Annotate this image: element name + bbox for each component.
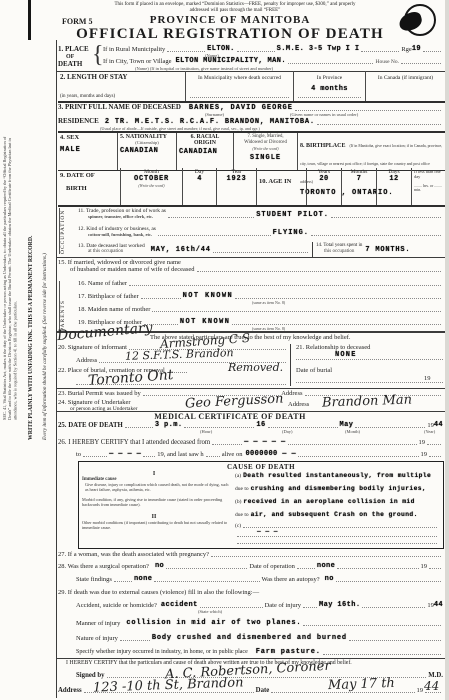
dotted-leader (197, 270, 441, 272)
birth-year-cell: Year 1923 (216, 168, 256, 205)
dotted-leader (337, 567, 418, 569)
full-name-row: 3. PRINT FULL NAME OF DECEASED BARNES, D… (58, 104, 443, 112)
birthplace-label: 8. BIRTHPLACE (300, 143, 345, 149)
birth-day-cell: Day 4 (182, 168, 216, 205)
trade-row: 11. Trade, profession or kind of work as… (78, 208, 443, 219)
day-caption: (Day) (282, 429, 293, 434)
cause-strike: — — — (257, 528, 278, 535)
days-value: 12 (379, 175, 409, 183)
age-in-label: 10. AGE IN (259, 178, 304, 185)
dotted-leader (154, 580, 259, 582)
last-saw-label: , and last saw h (164, 451, 204, 458)
length-of-stay-sub: (in years, months and days) (60, 94, 115, 100)
cause-line-a: (a) Death resulted instantaneously, from… (235, 472, 439, 479)
last-worked-row: 13. Date deceased last worked at this oc… (78, 243, 310, 254)
marital-label2: Widowed or Divorced (236, 140, 295, 146)
dotted-leader (349, 639, 441, 641)
last-worked-sub: at this occupation (88, 249, 145, 254)
dotted-leader (298, 97, 361, 98)
years-spent-row: 14. Total years spent in this occupation… (316, 243, 443, 254)
operation-value: no (155, 562, 164, 570)
rural-municipality-label: If in Rural Municipality (103, 46, 165, 53)
relationship-value: NONE (335, 351, 357, 359)
year-value: 1923 (219, 175, 254, 183)
due-to-value2: air, and subsequent Crash on the ground. (251, 511, 418, 518)
scanned-death-registration-form: { "h": { "notice1": "This form if placed… (0, 0, 449, 700)
father-birthplace-label: 17. Birthplace of father (78, 293, 139, 300)
dotted-leader (83, 455, 107, 457)
hour-caption: (Hour) (200, 429, 212, 434)
birth-month-cell: Month OCTOBER (Write the word) (120, 168, 182, 205)
residence-label: RESIDENCE (58, 118, 99, 126)
operation-date-value: none (317, 562, 335, 570)
death-year-value: 44 (434, 421, 443, 429)
rule (56, 388, 445, 389)
dotted-leader (429, 455, 441, 457)
age-years-cell: Years 20 (306, 168, 341, 205)
cause-b-label: (b) (235, 499, 241, 505)
last-worked-value: MAY, 16th/44 (151, 246, 211, 254)
dotted-leader (232, 323, 441, 325)
mother-birthplace-value: NOT KNOWN (180, 318, 230, 326)
dotted-leader (336, 580, 441, 582)
dotted-leader (120, 639, 150, 641)
undertaker-address-value: Brandon Man (322, 392, 412, 410)
form-left-border (56, 40, 57, 698)
death-day-value: 16 (256, 421, 265, 429)
dotted-leader (295, 109, 441, 111)
dotted-leader (297, 567, 315, 569)
accident-row: Accident, suicide or homicide? accident … (76, 601, 443, 609)
dotted-leader (129, 284, 441, 286)
father-birthplace-row: 17. Birthplace of father NOT KNOWN (78, 292, 443, 300)
sex-cell: 4. SEX MALE (58, 133, 117, 170)
months-value: 7 (344, 175, 374, 183)
postal-stamp-icon (398, 4, 436, 38)
dotted-leader (401, 62, 441, 64)
month-caption: (Write the word) (123, 183, 180, 188)
signed-year-prefix: 19 (417, 687, 424, 694)
alive-on-strike: 0000000 — — (245, 450, 296, 458)
stay-canada-cell: In Canada (if immigrant) (365, 71, 445, 101)
alive-on-label: alive on (222, 451, 243, 458)
margin-every-item: Every item of information should be care… (42, 140, 52, 440)
dotted-leader (237, 50, 275, 52)
month-value: OCTOBER (123, 175, 180, 183)
operation-date-label: Date of operation (249, 563, 294, 570)
state-which-caption: (State which) (198, 609, 222, 614)
death-month-value: May (340, 421, 354, 429)
sex-label: 4. SEX (60, 134, 115, 141)
coroner-address-label: Address (58, 687, 82, 694)
accident-label: Accident, suicide or homicide? (76, 602, 157, 609)
industry-row: 12. Kind of industry or business, as cot… (78, 226, 443, 237)
rule (56, 658, 445, 659)
attended-from-year: 19 (419, 439, 426, 446)
findings-row: State findings none Was there an autopsy… (76, 575, 443, 583)
date-of-birth-label: 9. DATE OF (60, 172, 118, 179)
length-of-stay-label: 2. LENGTH OF STAY (60, 74, 183, 82)
stay-municipality-label: In Municipality where death occurred (188, 75, 291, 81)
manner-row: Manner of injury collision in mid air of… (76, 619, 443, 627)
morbid-condition-note: Morbid condition, if any, giving rise to… (82, 497, 230, 507)
marital-status-cell: 7. Single, Married, Widowed or Divorced … (233, 133, 297, 170)
injury-year-value: 44 (434, 601, 443, 609)
racial-origin-value: CANADIAN (179, 148, 231, 156)
pregnancy-row: 27. If a woman, was the death associated… (58, 551, 443, 558)
length-of-stay-cell: 2. LENGTH OF STAY (in years, months and … (58, 71, 185, 101)
divider (290, 344, 291, 386)
death-hour-value: 3 p.m. (155, 421, 183, 429)
date-of-death-row: 25. DATE OF DEATH 3 p.m. 16 May 19 44 (58, 421, 443, 429)
years-spent-label: 14. Total years spent in (316, 243, 362, 249)
racial-origin-cell: 6. RACIAL ORIGIN CANADIAN (176, 133, 233, 170)
pregnancy-label: 27. If a woman, was the death associated… (58, 551, 209, 558)
stay-province-value: 4 months (296, 85, 363, 93)
years-value: 20 (309, 175, 339, 183)
dotted-leader (423, 50, 441, 52)
injury-place-row: Specify whether injury occurred in indus… (76, 648, 443, 656)
signed-date-value: May 17 th (328, 676, 395, 693)
dotted-leader (143, 455, 155, 457)
dotted-leader (331, 216, 441, 218)
item1-brace: { (92, 42, 104, 69)
dotted-leader (296, 382, 443, 383)
to-strike: — — — — (109, 450, 141, 458)
dotted-leader (268, 426, 338, 428)
given-name-caption: (Given name or names in usual order) (290, 112, 358, 117)
dotted-leader (317, 123, 441, 125)
birthplace-cell: 8. BIRTHPLACE (If in Manitoba, give exac… (297, 133, 445, 170)
dotted-leader (355, 426, 425, 428)
injury-place-value: Farm pasture. (256, 648, 321, 656)
range-value: 19 (412, 45, 421, 53)
signed-year-value: 44 (424, 679, 439, 693)
citizenship-caption: (Citizenship) (120, 140, 174, 145)
burial-permit-label: 23. Burial Permit was issued by (58, 390, 141, 397)
dotted-leader (184, 426, 254, 428)
mail-notice-line2: addressed will pass through the mail “FR… (70, 8, 400, 13)
dotted-leader (200, 606, 263, 608)
stay-province-label: In Province (296, 75, 363, 81)
margin-write-plainly: WRITE PLAINLY WITH UNFADING INK. THIS IS… (28, 140, 39, 440)
dotted-leader (288, 62, 374, 64)
nature-value: Body crushed and dismembered and burned (152, 634, 347, 642)
cause-b-value: received in an aeroplane collision in mi… (243, 498, 414, 505)
attended-label: 26. I HEREBY CERTIFY that I attended dec… (58, 439, 210, 446)
manner-value: collision in mid air of two planes. (126, 619, 301, 627)
dotted-leader (323, 653, 441, 655)
page-title: OFFICIAL REGISTRATION OF DEATH (60, 26, 400, 43)
surname-caption: (Surname) (205, 112, 224, 117)
dotted-leader (212, 443, 242, 445)
rural-municipality-value: ELTON. (207, 45, 235, 53)
dotted-leader (125, 426, 153, 428)
birth-age-table: 9. DATE OF BIRTH Month OCTOBER (Write th… (58, 168, 445, 207)
dotted-leader (427, 443, 441, 445)
form-number: FORM 5 (62, 17, 92, 26)
due-to-value1: crushing and dismembering bodily injurie… (251, 485, 427, 492)
father-name-label: 16. Name of father (78, 280, 127, 287)
dotted-leader (237, 543, 437, 544)
permit-address-label: Address (281, 390, 302, 397)
findings-label: State findings (76, 576, 112, 583)
trade-value: STUDENT PILOT. (256, 211, 329, 219)
dotted-leader (206, 455, 220, 457)
autopsy-label: Was there an autopsy? (262, 576, 320, 583)
full-name-value: BARNES, DAVID GEORGE (189, 104, 293, 112)
last-saw-row: to — — — — 19 , and last saw h alive on … (76, 450, 443, 458)
month-caption2: (Month) (345, 429, 360, 434)
medical-certificate-title: MEDICAL CERTIFICATE OF DEATH (100, 412, 360, 421)
cause-line-b: (b) received in an aeroplane collision i… (235, 498, 439, 505)
attended-from-strike: — — — — — (244, 438, 285, 446)
mother-name-row: 18. Maiden name of mother (78, 306, 443, 313)
less-than-day-cell: If less than one day ........ hrs. or ..… (411, 168, 445, 205)
dotted-leader (152, 310, 441, 312)
dotted-leader (114, 580, 132, 582)
industry-value: FLYING. (273, 229, 309, 237)
racial-origin-label2: ORIGIN (179, 140, 231, 146)
immediate-cause-note: Give disease, injury or complication whi… (85, 482, 230, 492)
informant-address-label: Address (76, 357, 97, 364)
dotted-leader (303, 606, 317, 608)
industry-sub: cotton-mill, furnishing, bank, etc. (88, 232, 156, 237)
date-of-birth-cell: 9. DATE OF BIRTH (58, 168, 120, 205)
father-birthplace-caption: (same as item No. 8) (252, 300, 285, 305)
dotted-leader (296, 359, 443, 360)
operation-label: 28. Was there a surgical operation? (58, 563, 149, 570)
relationship-label: 21. Relationship to deceased (296, 344, 370, 351)
stay-canada-label: In Canada (if immigrant) (368, 75, 443, 81)
stay-municipality-cell: In Municipality where death occurred (185, 71, 293, 101)
accident-value: accident (161, 601, 198, 609)
city-value: ELTON MUNICIPALITY, MAN. (176, 57, 286, 65)
injury-place-label: Specify whether injury occurred in indus… (76, 649, 248, 656)
mother-name-label: 18. Maiden name of mother (78, 306, 150, 313)
cause-c-label: (c) (235, 523, 241, 529)
dotted-leader (190, 97, 289, 98)
dotted-leader (362, 606, 425, 608)
margin-statute-text: SEC. 41, Vital Statistics Act, makes it … (2, 128, 22, 420)
cause-a-value: Death resulted instantaneously, from mul… (243, 472, 431, 479)
range-label: Rge (401, 46, 411, 53)
to-label: to (76, 451, 81, 458)
injury-date-value: May 16th. (319, 601, 360, 609)
informant-signature-label: 20. Signature of informant (58, 344, 127, 351)
less-than-day-sub: ........ hrs. or ........ min. (414, 184, 443, 194)
item1-city-row: If in City, Town or Village ELTON MUNICI… (103, 57, 443, 65)
marital-value: SINGLE (236, 154, 295, 162)
dotted-leader (213, 251, 308, 253)
cause-a-label: (a) (235, 473, 241, 479)
dotted-leader (429, 567, 441, 569)
external-causes-label: 29. If death was due to external causes … (58, 589, 259, 596)
age-months-cell: Months 7 (341, 168, 376, 205)
undertaker-address-label: Address (288, 401, 309, 408)
dotted-leader (311, 234, 441, 236)
nationality-value: CANADIAN (120, 147, 174, 155)
divider (312, 242, 313, 257)
sex-value: MALE (60, 146, 115, 154)
scan-artifact-bar (28, 0, 31, 40)
autopsy-value: no (325, 575, 334, 583)
rule (56, 257, 445, 258)
due-to-label1: due to (235, 486, 249, 492)
scan-right-edge (445, 0, 449, 700)
house-no-label: House No. (375, 59, 399, 65)
province-title: PROVINCE OF MANITOBA (110, 14, 350, 26)
section-township-value: S.M.E. 3-5 Twp I I (277, 45, 360, 53)
burial-date-label: Date of burial (296, 367, 332, 374)
nationality-cell: 5. NATIONALITY (Citizenship) CANADIAN (117, 133, 176, 170)
mail-notice-line1: This form if placed in an envelope, mark… (70, 2, 400, 7)
dotted-leader (168, 216, 254, 218)
alive-year: 19 (421, 451, 428, 458)
spouse-name-label2: of husband or maiden name of wife of dec… (70, 266, 195, 273)
cause-of-death-box: CAUSE OF DEATH I Immediate cause Give di… (78, 461, 444, 549)
dotted-leader (211, 555, 441, 557)
less-than-day-label: If less than one day (414, 169, 443, 180)
cause-line-due2: due to air, and subsequent Crash on the … (235, 511, 439, 518)
cause-of-death-title: CAUSE OF DEATH (79, 463, 443, 471)
dotted-leader (141, 297, 181, 299)
nature-row: Nature of injury Body crushed and dismem… (76, 634, 443, 642)
residence-value: 2 TR. M.E.T.S. R.C.A.F. BRANDON, MANITOB… (105, 118, 315, 126)
signed-by-label: Signed by (76, 672, 105, 679)
age-days-cell: Days 12 (376, 168, 411, 205)
date-label: Date (256, 687, 270, 694)
dotted-leader (298, 455, 418, 457)
dotted-leader (76, 384, 286, 385)
stay-province-cell: In Province 4 months (293, 71, 365, 101)
dotted-leader (303, 624, 441, 626)
cause-line-due1: due to crushing and dismembering bodily … (235, 485, 439, 492)
dotted-leader (167, 50, 205, 52)
operation-year: 19 (421, 563, 428, 570)
years-spent-sub: this occupation (324, 249, 362, 254)
dotted-leader (166, 567, 247, 569)
date-of-birth-label2: BIRTH (66, 185, 118, 192)
age-in-cell: 10. AGE IN (256, 168, 306, 205)
other-morbid-note: Other morbid conditions (if important) c… (82, 520, 230, 530)
dotted-leader (288, 443, 417, 445)
dotted-leader (158, 234, 271, 236)
year-caption: (Year) (424, 429, 435, 434)
item1-rural-row: If in Rural Municipality ELTON. S.M.E. 3… (103, 45, 443, 53)
parents-section-label: PARENTS (59, 281, 74, 331)
injury-date-label: Date of injury (265, 602, 301, 609)
father-name-row: 16. Name of father (78, 280, 443, 287)
vitals-table: 4. SEX MALE 5. NATIONALITY (Citizenship)… (58, 131, 445, 171)
dotted-leader (237, 536, 437, 537)
full-name-label: 3. PRINT FULL NAME OF DECEASED (58, 104, 181, 112)
father-birthplace-value: NOT KNOWN (183, 292, 233, 300)
city-town-village-label: If in City, Town or Village (103, 58, 172, 65)
write-word-caption: (Write the word) (236, 146, 295, 151)
residence-row: RESIDENCE 2 TR. M.E.T.S. R.C.A.F. BRANDO… (58, 118, 443, 126)
length-of-stay-table: 2. LENGTH OF STAY (in years, months and … (58, 71, 445, 103)
attended-row: 26. I HEREBY CERTIFY that I attended dec… (58, 438, 443, 446)
day-value: 4 (185, 175, 214, 183)
burial-place-value: Removed. (228, 361, 283, 374)
item1-death: DEATH (58, 61, 82, 69)
years-spent-value: 7 MONTHS. (365, 246, 410, 254)
date-of-death-label: 25. DATE OF DEATH (58, 422, 123, 429)
operation-row: 28. Was there a surgical operation? no D… (58, 562, 443, 570)
dotted-leader (361, 50, 399, 52)
item1-number: 1. PLACE (58, 46, 89, 54)
nature-label: Nature of injury (76, 635, 118, 642)
manner-label: Manner of injury (76, 620, 120, 627)
due-to-label2: due to (235, 512, 249, 518)
trade-sub: spinner, teamster, office clerk, etc. (88, 214, 166, 219)
dotted-leader (235, 297, 441, 299)
occupation-section-label: OCCUPATION (59, 208, 74, 254)
spouse-name-row: of husband or maiden name of wife of dec… (70, 266, 443, 273)
findings-value: none (134, 575, 152, 583)
